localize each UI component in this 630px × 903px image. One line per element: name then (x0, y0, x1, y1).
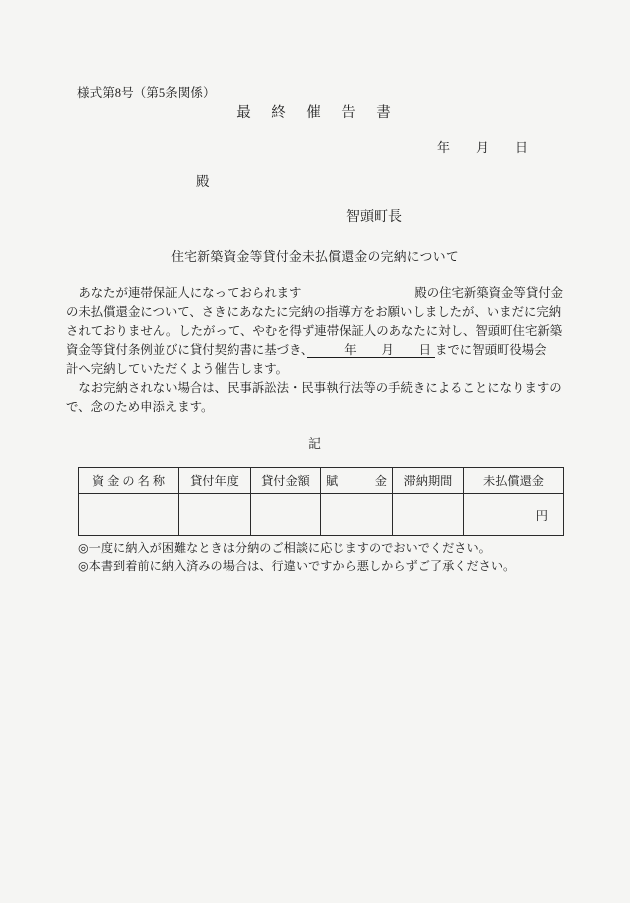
col-header-installment: 賦 金 (321, 468, 393, 494)
cell-arrears-period (393, 494, 464, 536)
table-row: 円 (79, 494, 564, 536)
body-line-1-right: 殿の住宅新築資金等貸付金 (414, 284, 563, 303)
col-header-unpaid-repayment: 未払償還金 (464, 468, 564, 494)
date-line: 年 月 日 (437, 137, 528, 156)
sender-name: 智頭町長 (346, 206, 402, 226)
footnote-already-paid: ◎本書到着前に納入済みの場合は、行違いですから悪しからずご了承ください。 (78, 557, 515, 574)
document-page: 様式第8号（第5条関係） 最 終 催 告 書 年 月 日 殿 智頭町長 住宅新築… (0, 0, 630, 903)
body-line-3: されておりません。したがって、やむを得ず連帯保証人のあなたに対し、智頭町住宅新築 (66, 322, 563, 341)
body-line-4: 資金等貸付条例並びに貸付契約書に基づき、 年 月 日までに智頭町役場会 (66, 341, 563, 360)
footnote-installment-consultation: ◎一度に納入が困難なときは分納のご相談に応じますのでおいでください。 (78, 539, 491, 556)
subject-line: 住宅新築資金等貸付金未払償還金の完納について (0, 246, 630, 265)
cell-loan-year (179, 494, 251, 536)
body-line-6: なお完納されない場合は、民事訴訟法・民事執行法等の手続きによることになりますの (66, 379, 563, 398)
col-header-fund-name: 資 金 の 名 称 (79, 468, 179, 494)
form-number: 様式第8号（第5条関係） (77, 82, 216, 101)
table-header-row: 資 金 の 名 称 貸付年度 貸付金額 賦 金 滞納期間 未払償還金 (79, 468, 564, 494)
col-header-loan-year: 貸付年度 (179, 468, 251, 494)
addressee-honorific: 殿 (196, 170, 210, 190)
repayment-table: 資 金 の 名 称 貸付年度 貸付金額 賦 金 滞納期間 未払償還金 円 (78, 467, 564, 536)
body-text: あなたが連帯保証人になっておられます 殿の住宅新築資金等貸付金 の未払償還金につ… (66, 284, 563, 417)
document-title: 最 終 催 告 書 (0, 101, 630, 122)
body-line-2: の未払償還金について、さきにあなたに完納の指導方をお願いしましたが、いまだに完納 (66, 303, 563, 322)
body-line-1-left: あなたが連帯保証人になっておられます (66, 284, 301, 303)
body-line-4-before: 資金等貸付条例並びに貸付契約書に基づき、 (66, 343, 307, 357)
cell-unpaid-yen: 円 (464, 494, 564, 536)
cell-installment (321, 494, 393, 536)
col-header-arrears-period: 滞納期間 (393, 468, 464, 494)
cell-loan-amount (251, 494, 321, 536)
body-line-1: あなたが連帯保証人になっておられます 殿の住宅新築資金等貸付金 (66, 284, 563, 303)
col-header-loan-amount: 貸付金額 (251, 468, 321, 494)
body-line-5: 計へ完納していただくよう催告します。 (66, 360, 563, 379)
body-line-7: で、念のため申添えます。 (66, 398, 563, 417)
record-marker: 記 (0, 433, 630, 452)
date-fill-in-blank: 年 月 日 (307, 343, 435, 358)
cell-fund-name (79, 494, 179, 536)
body-line-4-after: までに智頭町役場会 (435, 343, 547, 357)
